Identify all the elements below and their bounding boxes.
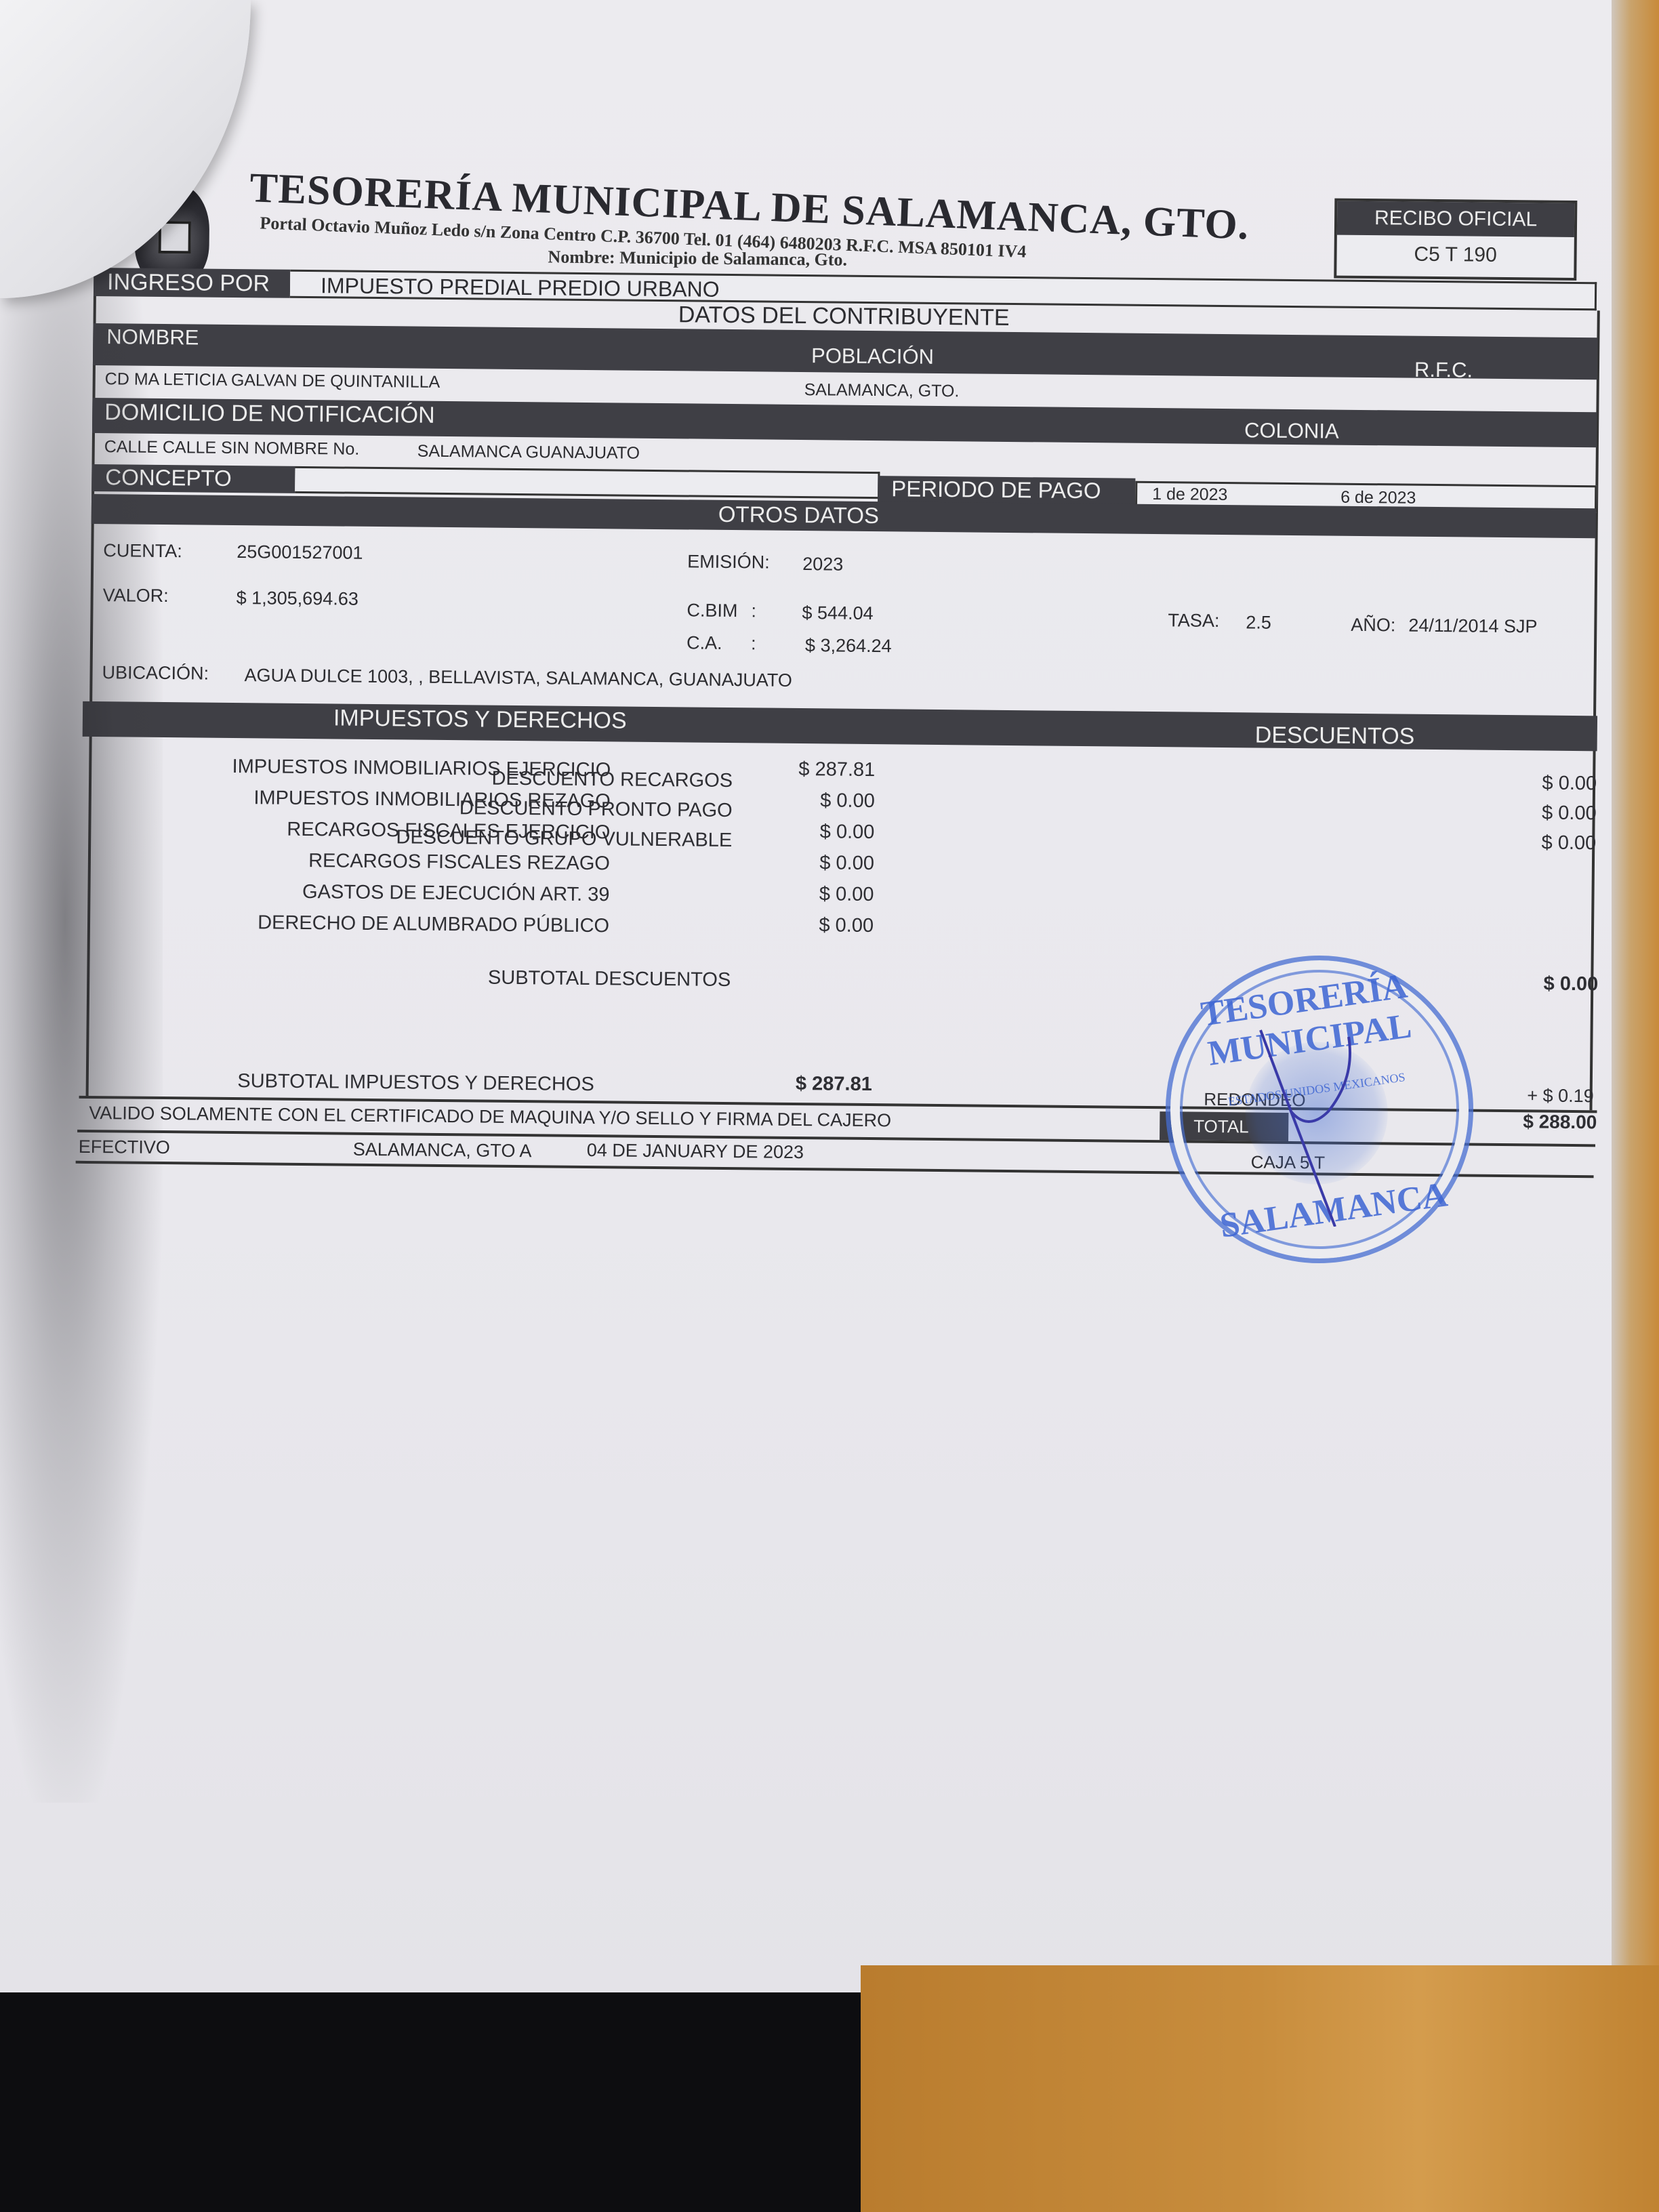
ingreso-label: INGRESO POR xyxy=(107,269,270,297)
subtotal-impuestos-label: SUBTOTAL IMPUESTOS Y DERECHOS xyxy=(237,1070,594,1096)
concepto-field xyxy=(295,466,880,499)
emision-label: EMISIÓN: xyxy=(687,551,770,573)
valor-value: $ 1,305,694.63 xyxy=(237,588,359,610)
ingreso-value: IMPUESTO PREDIAL PREDIO URBANO xyxy=(321,273,720,302)
issuer-name: Nombre: Municipio de Salamanca, Gto. xyxy=(548,247,847,270)
descuento-row-label: DESCUENTO RECARGOS xyxy=(491,768,733,792)
periodo-label: PERIODO DE PAGO xyxy=(891,476,1101,504)
domicilio-ciudad: SALAMANCA GUANAJUATO xyxy=(417,442,640,464)
subtotal-descuentos-value: $ 0.00 xyxy=(1543,973,1598,996)
descuento-row-value: $ 0.00 xyxy=(1542,802,1597,825)
impuesto-row-label: RECARGOS FISCALES REZAGO xyxy=(308,850,610,875)
rfc-label: R.F.C. xyxy=(1414,358,1473,383)
cashier-signature xyxy=(1254,1023,1382,1227)
descuento-row-label: DESCUENTO GRUPO VULNERABLE xyxy=(396,826,732,852)
periodo-desde: 1 de 2023 xyxy=(1152,485,1227,505)
descuento-row-value: $ 0.00 xyxy=(1541,832,1596,855)
periodo-hasta: 6 de 2023 xyxy=(1340,488,1416,508)
subtotal-descuentos-label: SUBTOTAL DESCUENTOS xyxy=(488,967,731,991)
concepto-label-bar: CONCEPTO xyxy=(91,464,295,493)
nombre-label: NOMBRE xyxy=(106,325,199,350)
cuenta-label: CUENTA: xyxy=(103,540,182,562)
concepto-label: CONCEPTO xyxy=(105,464,232,491)
impuesto-row-value: $ 0.00 xyxy=(819,883,874,906)
tasa-label: TASA: xyxy=(1168,610,1219,632)
impuesto-row-value: $ 0.00 xyxy=(820,821,875,844)
ca-value: $ 3,264.24 xyxy=(805,635,892,657)
impuesto-row-value: $ 287.81 xyxy=(798,758,875,781)
receipt-number: C5 T 190 xyxy=(1336,235,1574,275)
ca-label: C.A. xyxy=(687,632,722,654)
periodo-label-bar: PERIODO DE PAGO xyxy=(878,476,1135,506)
emision-value: 2023 xyxy=(802,554,843,575)
cbim-label: C.BIM xyxy=(687,600,737,621)
anio-value: 24/11/2014 SJP xyxy=(1408,615,1537,638)
descuento-row-value: $ 0.00 xyxy=(1542,773,1597,796)
impuestos-title: IMPUESTOS Y DERECHOS xyxy=(333,705,627,734)
payment-date: 04 DE JANUARY DE 2023 xyxy=(587,1140,804,1163)
tasa-value: 2.5 xyxy=(1246,612,1271,633)
colonia-label: COLONIA xyxy=(1244,418,1339,443)
impuesto-row-value: $ 0.00 xyxy=(819,914,874,937)
descuento-row-label: DESCUENTO PRONTO PAGO xyxy=(459,797,733,822)
dark-object-bottom xyxy=(0,1992,881,2212)
impuesto-row-label: DERECHO DE ALUMBRADO PÚBLICO xyxy=(258,912,609,937)
nombre-value: CD MA LETICIA GALVAN DE QUINTANILLA xyxy=(105,369,441,392)
total-value: $ 288.00 xyxy=(1523,1111,1597,1133)
redondeo-value: + $ 0.19 xyxy=(1527,1085,1594,1107)
payment-method: EFECTIVO xyxy=(79,1136,170,1158)
impuesto-row-value: $ 0.00 xyxy=(820,790,875,813)
payment-place: SALAMANCA, GTO A xyxy=(353,1139,532,1162)
descuentos-title: DESCUENTOS xyxy=(1255,722,1415,750)
receipt-label: RECIBO OFICIAL xyxy=(1337,201,1574,237)
ca-separator: : xyxy=(751,633,756,654)
subtotal-impuestos-value: $ 287.81 xyxy=(796,1073,872,1096)
impuesto-row-value: $ 0.00 xyxy=(819,852,874,875)
cbim-separator: : xyxy=(751,600,756,621)
receipt-number-box: RECIBO OFICIAL C5 T 190 xyxy=(1334,199,1577,281)
domicilio-label: DOMICILIO DE NOTIFICACIÓN xyxy=(104,399,435,429)
cbim-value: $ 544.04 xyxy=(802,602,873,624)
anio-label: AÑO: xyxy=(1351,615,1395,636)
desk-surface-bottom xyxy=(861,1965,1659,2212)
ubicacion-label: UBICACIÓN: xyxy=(102,662,209,684)
domicilio-value: CALLE CALLE SIN NOMBRE No. xyxy=(104,437,360,459)
poblacion-value: SALAMANCA, GTO. xyxy=(804,380,959,401)
poblacion-label: POBLACIÓN xyxy=(811,344,934,369)
otros-datos-title: OTROS DATOS xyxy=(718,501,879,529)
ingreso-label-bar: INGRESO POR xyxy=(94,268,290,298)
desk-surface-right xyxy=(1612,0,1659,1992)
impuesto-row-label: GASTOS DE EJECUCIÓN ART. 39 xyxy=(302,881,610,906)
valor-label: VALOR: xyxy=(103,585,169,607)
cuenta-value: 25G001527001 xyxy=(237,541,363,564)
